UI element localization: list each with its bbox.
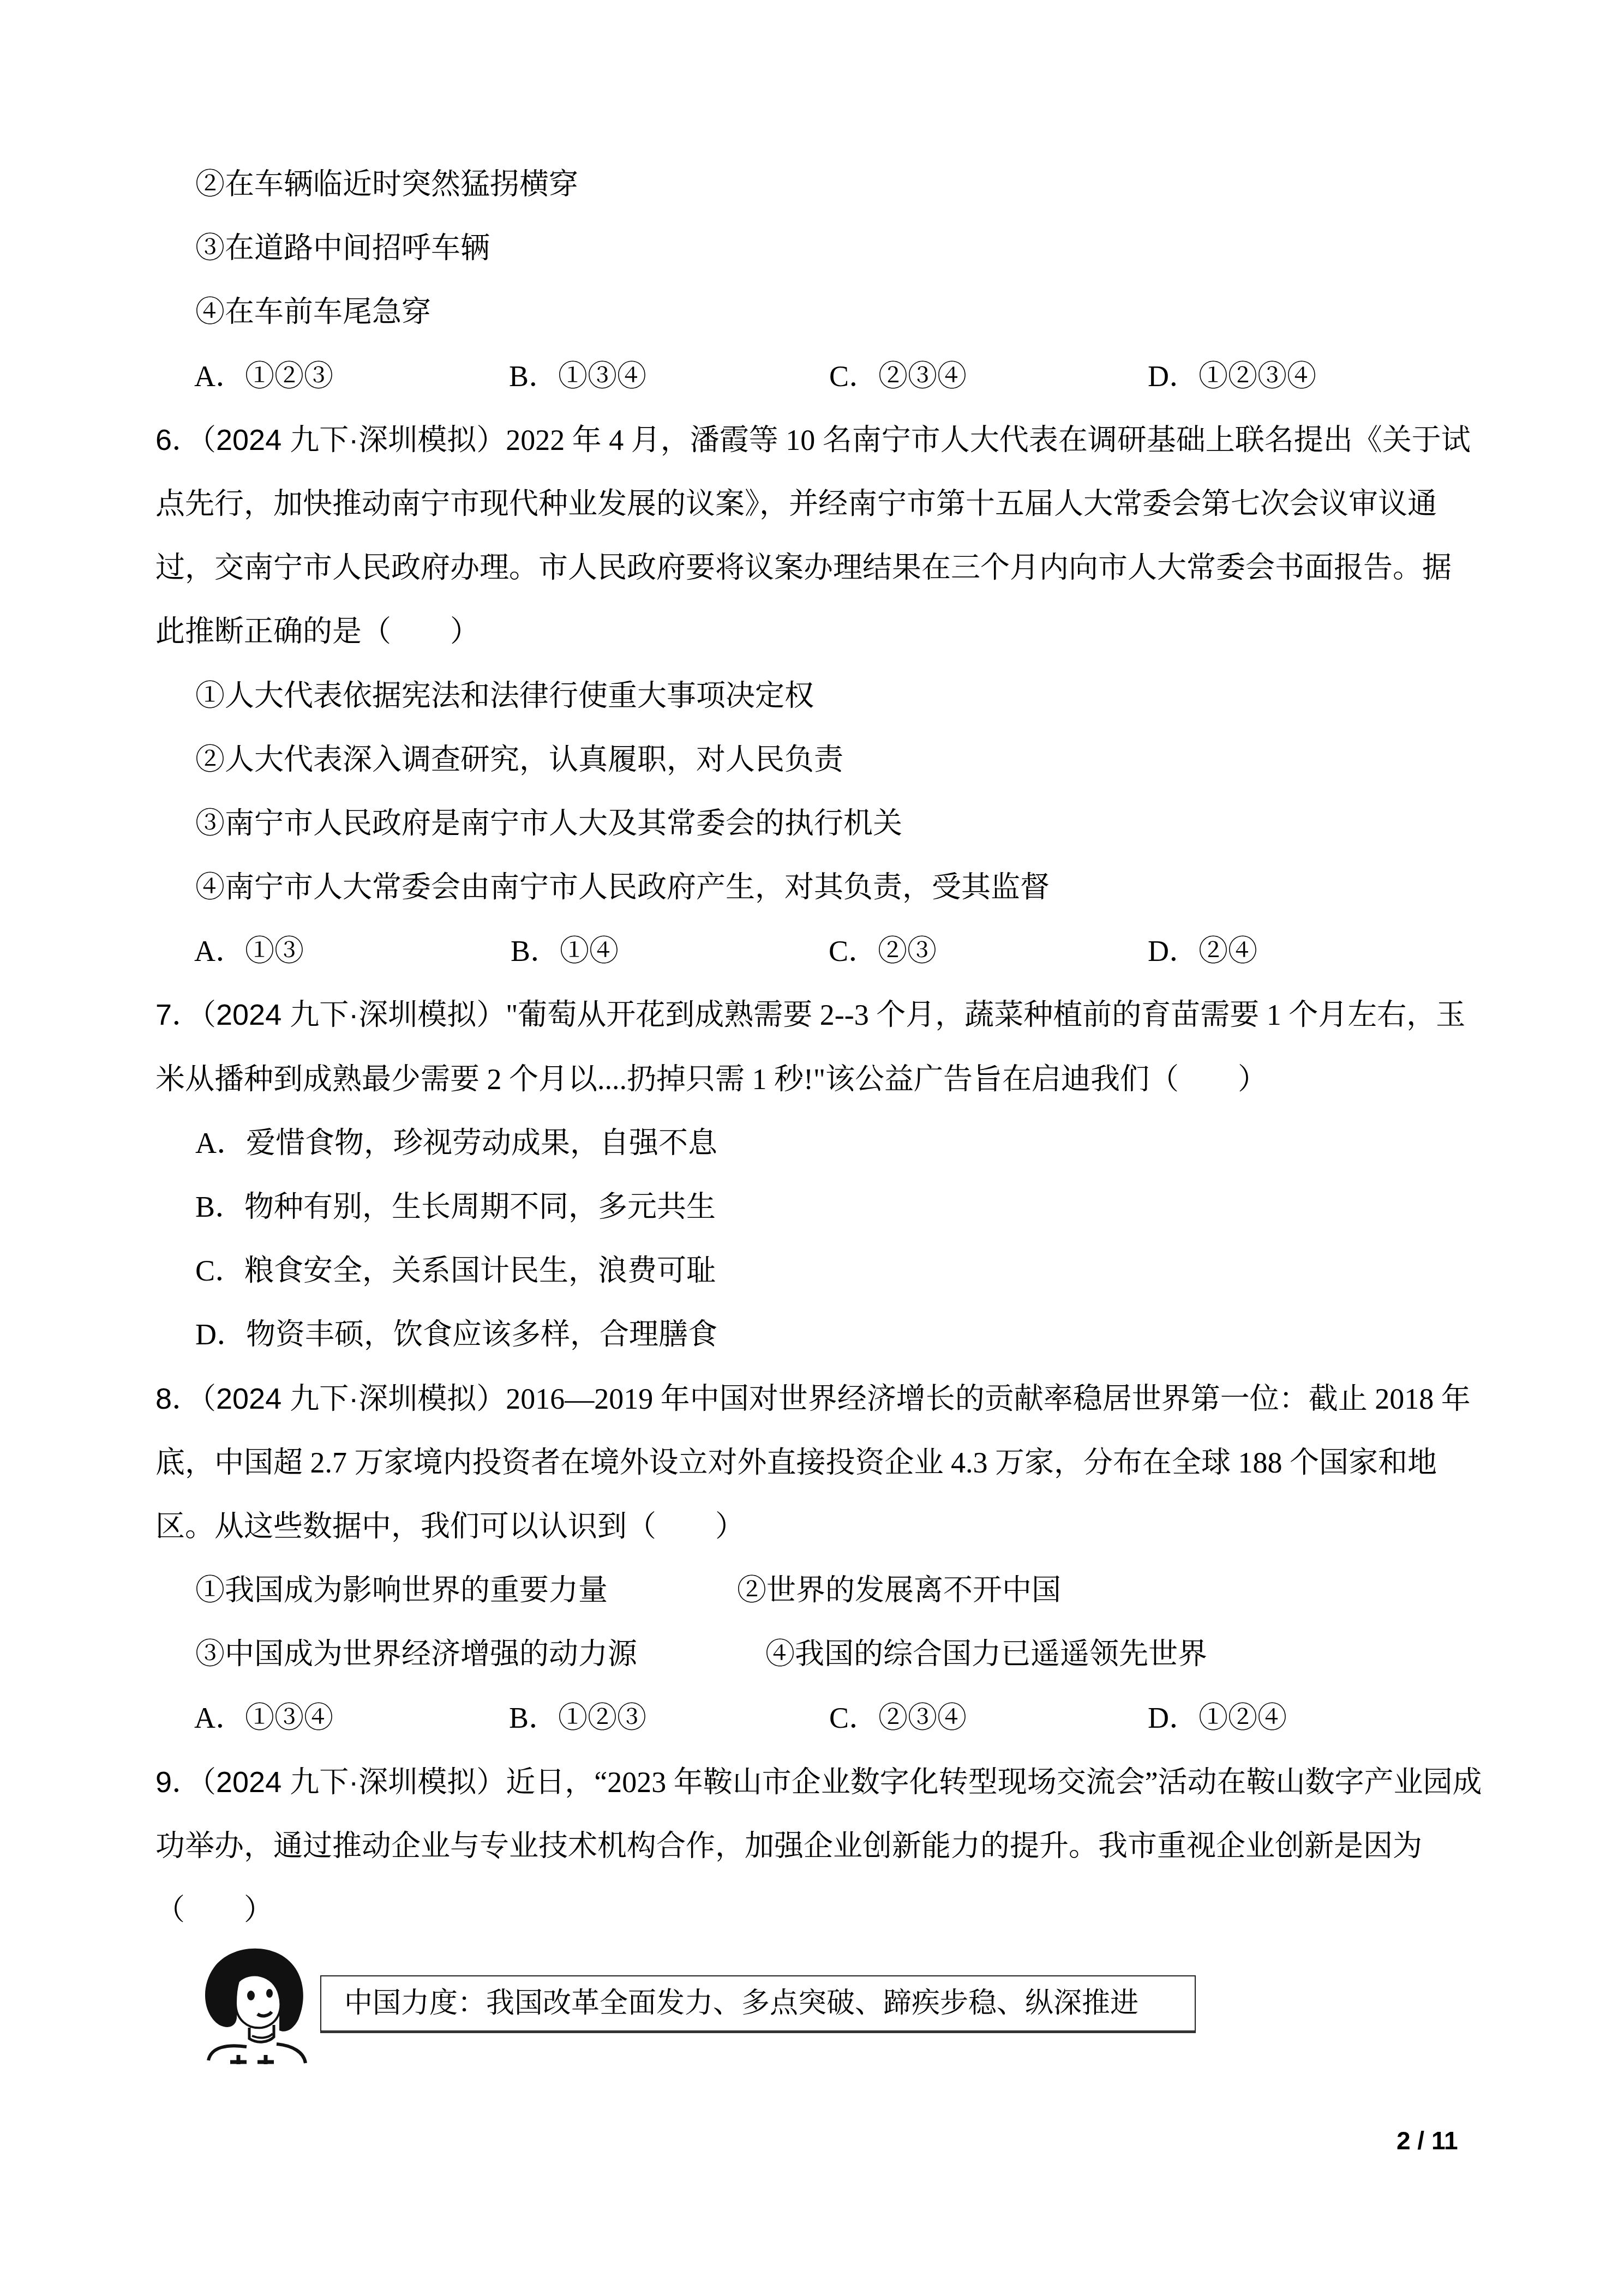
question-number: 7．	[155, 999, 201, 1031]
choice-value: ①②③④	[1198, 360, 1316, 393]
q5-choice-c[interactable]: C．②③④	[829, 354, 967, 398]
q9-stem-line-1: 9．（2024 九下·深圳模拟）近日，“2023 年鞍山市企业数字化转型现场交流…	[155, 1760, 1482, 1804]
q6-stem-line-3: 过，交南宁市人民政府办理。市人民政府要将议案办理结果在三个月内向市人大常委会书面…	[155, 546, 1452, 590]
q8-stem-line-2: 底，中国超 2.7 万家境内投资者在境外设立对外直接投资企业 4.3 万家，分布…	[155, 1441, 1437, 1484]
question-source: （2024 九下·深圳模拟）	[201, 999, 506, 1031]
question-number: 8．	[155, 1383, 201, 1415]
quote-box: 中国力度：我国改革全面发力、多点突破、蹄疾步稳、纵深推进	[320, 1975, 1196, 2033]
q6-stem-line-1: 6．（2024 九下·深圳模拟）2022 年 4 月，潘霞等 10 名南宁市人大…	[155, 418, 1471, 462]
q8-stem-line-1: 8．（2024 九下·深圳模拟）2016—2019 年中国对世界经济增长的贡献率…	[155, 1377, 1471, 1421]
choice-label: B．	[195, 1191, 244, 1223]
choice-value: ②③④	[878, 360, 967, 393]
q7-stem-line-2: 米从播种到成熟最少需要 2 个月以....扔掉只需 1 秒!"该公益广告旨在启迪…	[155, 1057, 1267, 1101]
choice-value: ①③④	[245, 1702, 333, 1734]
q6-statement-1: ①人大代表依据宪法和法律行使重大事项决定权	[195, 674, 814, 718]
q6-statement-2: ②人大代表深入调查研究，认真履职，对人民负责	[195, 738, 843, 782]
q7-choice-a[interactable]: A．爱惜食物，珍视劳动成果，自强不息	[195, 1121, 717, 1165]
choice-label: B．	[509, 1702, 558, 1734]
q8-statement-1: ①我国成为影响世界的重要力量	[195, 1568, 608, 1612]
q8-choice-d[interactable]: D．①②④	[1148, 1696, 1287, 1740]
q8-stem-line-3: 区。从这些数据中，我们可以认识到（ ）	[155, 1505, 745, 1548]
choice-value: ①②④	[1198, 1702, 1287, 1734]
question-text: 2022 年 4 月，潘霞等 10 名南宁市人大代表在调研基础上联名提出《关于试	[506, 424, 1471, 456]
q6-choice-c[interactable]: C．②③	[829, 929, 937, 973]
q5-choice-d[interactable]: D．①②③④	[1148, 354, 1316, 398]
question-text: 近日，“2023 年鞍山市企业数字化转型现场交流会”活动在鞍山数字产业园成	[506, 1766, 1482, 1799]
q6-stem-line-4: 此推断正确的是（ ）	[155, 610, 480, 653]
page-number: 2 / 11	[1397, 2124, 1458, 2157]
choice-label: C．	[195, 1254, 244, 1287]
choice-label: C．	[829, 360, 878, 393]
q8-statement-2: ②世界的发展离不开中国	[737, 1568, 1061, 1612]
question-source: （2024 九下·深圳模拟）	[201, 424, 506, 456]
q5-statement-4: ④在车前车尾急穿	[195, 290, 431, 334]
q7-choice-b[interactable]: B．物种有别，生长周期不同，多元共生	[195, 1185, 716, 1229]
question-number: 6．	[155, 424, 201, 456]
choice-value: 物资丰硕，饮食应该多样，合理膳食	[246, 1318, 717, 1351]
choice-value: ①②③	[245, 360, 333, 393]
q5-statement-3: ③在道路中间招呼车辆	[195, 226, 490, 270]
q6-statement-4: ④南宁市人大常委会由南宁市人民政府产生，对其负责，受其监督	[195, 865, 1050, 909]
choice-label: A．	[194, 360, 245, 393]
choice-value: ②③	[878, 935, 937, 967]
q9-stem-line-2: 功举办，通过推动企业与专业技术机构合作，加强企业创新能力的提升。我市重视企业创新…	[155, 1824, 1422, 1868]
choice-label: D．	[1148, 935, 1198, 967]
choice-value: ②④	[1198, 935, 1257, 967]
choice-value: ①③	[245, 935, 304, 967]
choice-value: ②③④	[878, 1702, 967, 1734]
q8-statement-3: ③中国成为世界经济增强的动力源	[195, 1632, 637, 1676]
choice-label: D．	[195, 1318, 246, 1351]
question-text: "葡萄从开花到成熟需要 2--3 个月，蔬菜种植前的育苗需要 1 个月左右，玉	[506, 999, 1465, 1031]
choice-value: 物种有别，生长周期不同，多元共生	[244, 1191, 716, 1223]
question-source: （2024 九下·深圳模拟）	[201, 1766, 506, 1799]
choice-label: B．	[509, 360, 558, 393]
choice-label: A．	[194, 935, 245, 967]
question-number: 9．	[155, 1766, 201, 1799]
q8-choice-b[interactable]: B．①②③	[509, 1696, 646, 1740]
q6-choice-a[interactable]: A．①③	[194, 929, 304, 973]
choice-value: ①②③	[558, 1702, 646, 1734]
q8-statement-4: ④我国的综合国力已遥遥领先世界	[765, 1632, 1207, 1676]
question-source: （2024 九下·深圳模拟）	[201, 1383, 506, 1415]
choice-label: B．	[511, 935, 560, 967]
choice-label: C．	[829, 935, 878, 967]
choice-value: 爱惜食物，珍视劳动成果，自强不息	[246, 1127, 717, 1159]
question-text: 2016—2019 年中国对世界经济增长的贡献率稳居世界第一位：截止 2018 …	[506, 1383, 1471, 1415]
q6-choice-d[interactable]: D．②④	[1148, 929, 1257, 973]
q9-stem-line-3: （ ）	[155, 1888, 273, 1932]
choice-label: D．	[1148, 360, 1198, 393]
q7-stem-line-1: 7．（2024 九下·深圳模拟）"葡萄从开花到成熟需要 2--3 个月，蔬菜种植…	[155, 993, 1465, 1037]
q6-stem-line-2: 点先行，加快推动南宁市现代种业发展的议案》，并经南宁市第十五届人大常委会第七次会…	[155, 482, 1437, 526]
q8-choice-c[interactable]: C．②③④	[829, 1696, 967, 1740]
q6-statement-3: ③南宁市人民政府是南宁市人大及其常委会的执行机关	[195, 802, 902, 845]
q7-choice-d[interactable]: D．物资丰硕，饮食应该多样，合理膳食	[195, 1313, 717, 1356]
q5-statement-2: ②在车辆临近时突然猛拐横穿	[195, 163, 578, 206]
q7-choice-c[interactable]: C．粮食安全，关系国计民生，浪费可耻	[195, 1249, 716, 1293]
choice-label: D．	[1148, 1702, 1198, 1734]
choice-value: ①④	[560, 935, 619, 967]
document-page: ②在车辆临近时突然猛拐横穿 ③在道路中间招呼车辆 ④在车前车尾急穿 A．①②③ …	[0, 0, 1624, 2296]
q5-choice-a[interactable]: A．①②③	[194, 354, 333, 398]
q6-choice-b[interactable]: B．①④	[511, 929, 619, 973]
choice-label: C．	[829, 1702, 878, 1734]
choice-label: A．	[194, 1702, 245, 1734]
choice-value: ①③④	[558, 360, 646, 393]
q5-choice-b[interactable]: B．①③④	[509, 354, 646, 398]
choice-label: A．	[195, 1127, 246, 1159]
q8-choice-a[interactable]: A．①③④	[194, 1696, 333, 1740]
girl-illustration-icon	[197, 1943, 311, 2066]
choice-value: 粮食安全，关系国计民生，浪费可耻	[244, 1254, 716, 1287]
